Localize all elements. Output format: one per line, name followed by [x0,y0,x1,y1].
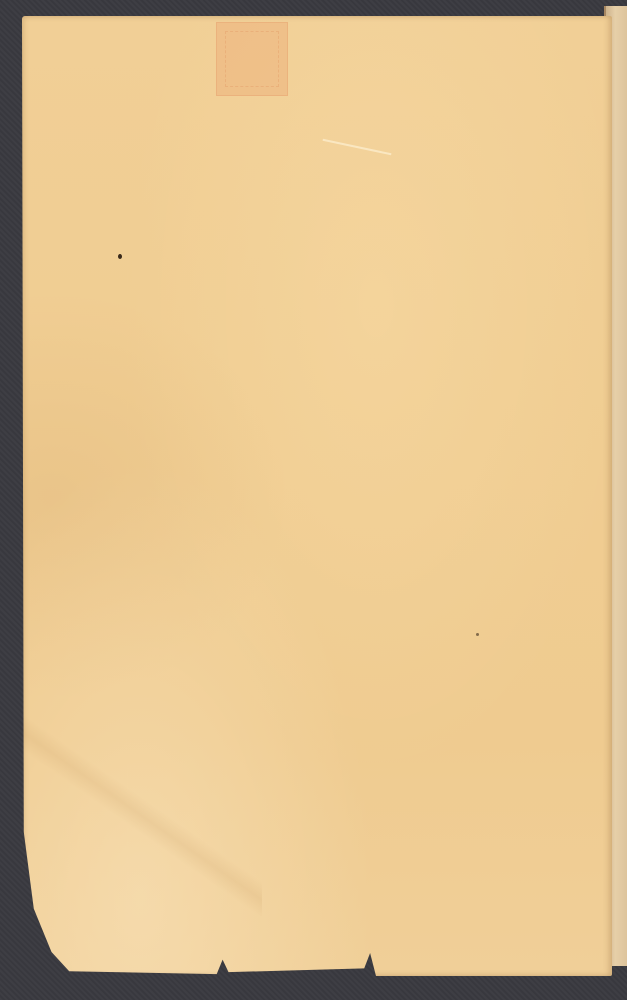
ink-speck [476,633,479,636]
book-page [22,16,612,976]
paper-fold [22,716,262,916]
ink-speck [118,254,122,259]
faded-seal-stamp [216,22,288,96]
seal-border [225,31,279,87]
paper-crease [323,139,392,156]
